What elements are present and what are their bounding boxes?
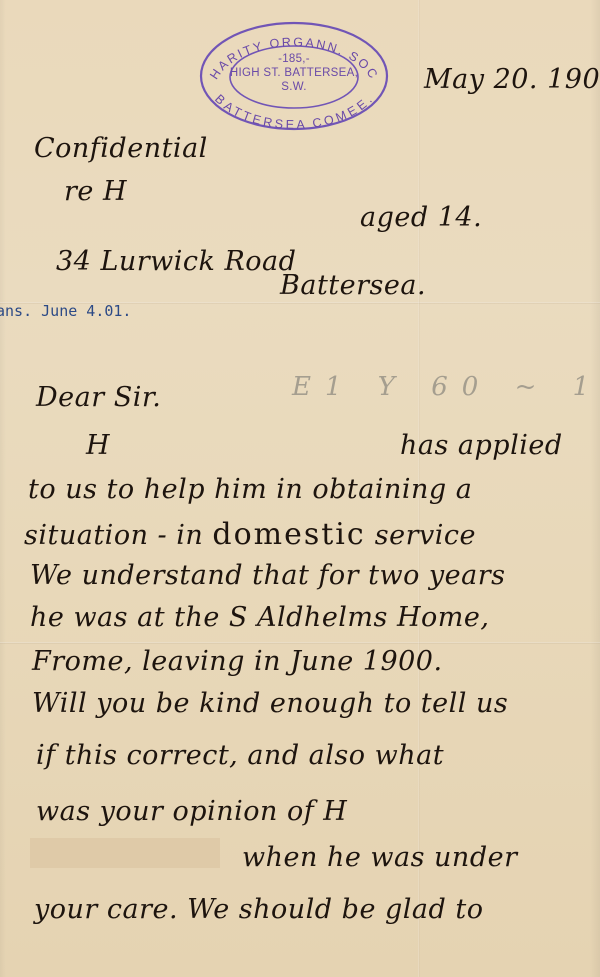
svg-text:BATTERSEA COMEE.: BATTERSEA COMEE.	[212, 92, 376, 132]
body-line-3-c: service	[366, 520, 476, 551]
body-line-3: situation - in domestic service	[24, 520, 476, 550]
body-line-5: he was at the S Aldhelms Home,	[30, 604, 489, 631]
body-line-1-left: H	[86, 432, 110, 459]
body-line-4: We understand that for two years	[30, 562, 506, 589]
subject-age: aged 14.	[360, 204, 482, 231]
typed-answer-note: ans. June 4.01.	[0, 304, 131, 319]
confidential-label: Confidential	[34, 135, 208, 162]
stamp-street-number: -185,-	[198, 52, 390, 66]
body-line-1-right: has applied	[400, 432, 563, 459]
stamp-street: HIGH ST. BATTERSEA,	[198, 66, 390, 80]
body-line-7: Will you be kind enough to tell us	[32, 690, 508, 717]
body-line-6: Frome, leaving in June 1900.	[32, 648, 443, 675]
address-district: Battersea.	[280, 272, 426, 299]
redacted-name-block	[30, 838, 220, 868]
body-line-11: your care. We should be glad to	[34, 896, 484, 923]
stamp-bottom-text: BATTERSEA COMEE.	[212, 92, 376, 132]
body-line-9: was your opinion of H	[36, 798, 347, 825]
subject-reference: re H	[64, 178, 127, 205]
pencil-reference-note: E1 Y 60 ~ 1 1	[292, 374, 600, 400]
body-line-8: if this correct, and also what	[36, 742, 444, 769]
stamp-district: S.W.	[198, 80, 390, 94]
letter-page: CHARITY ORGANN. SOCY BATTERSEA COMEE. -1…	[0, 0, 600, 977]
address-street: 34 Lurwick Road	[56, 248, 296, 275]
letter-date: May 20. 1901	[424, 66, 600, 93]
body-line-2: to us to help him in obtaining a	[28, 476, 472, 503]
body-line-3-a: situation - in	[24, 520, 212, 551]
charity-organisation-stamp: CHARITY ORGANN. SOCY BATTERSEA COMEE. -1…	[198, 20, 390, 132]
body-line-3-emphasis: domestic	[212, 517, 365, 552]
body-line-10: when he was under	[242, 844, 518, 871]
stamp-center-text: -185,- HIGH ST. BATTERSEA, S.W.	[198, 52, 390, 94]
paper-fold-middle	[0, 642, 600, 644]
salutation: Dear Sir.	[36, 384, 161, 411]
